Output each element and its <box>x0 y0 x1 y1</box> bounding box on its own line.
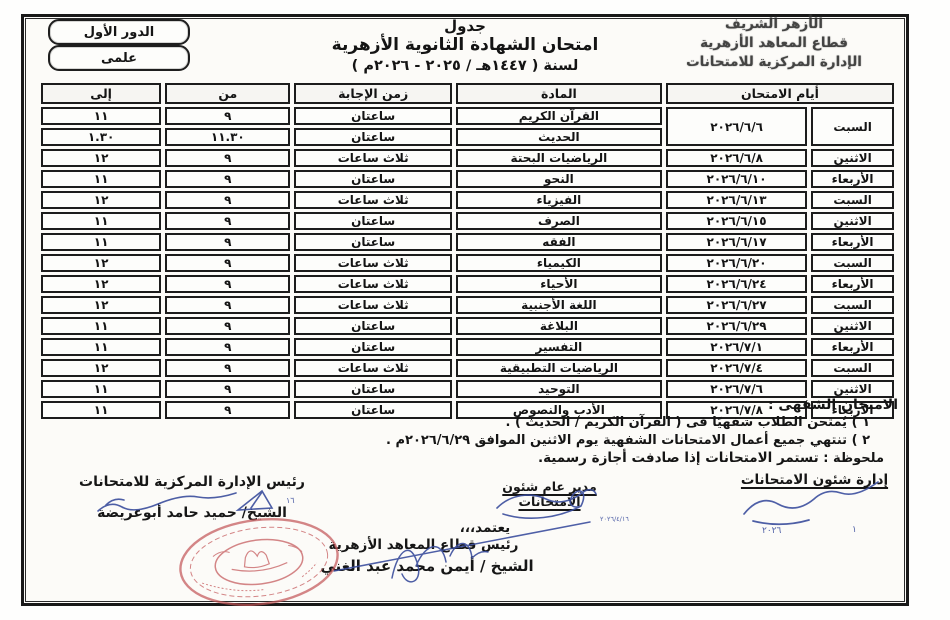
round-badge: الدور الأول <box>48 19 190 45</box>
to-time-cell: ١٢ <box>41 149 161 167</box>
to-time-cell: ١١ <box>41 107 161 125</box>
exam-date-cell: ٢٠٢٦/٦/١٥ <box>666 212 807 230</box>
subject-cell: الحديث <box>456 128 662 146</box>
duration-cell: ثلاث ساعات <box>294 149 452 167</box>
from-time-cell: ٩ <box>165 149 290 167</box>
to-time-cell: ١١ <box>41 233 161 251</box>
duration-cell: ساعتان <box>294 317 452 335</box>
to-time-cell: ١١ <box>41 170 161 188</box>
azhar-letterhead: الأزهر الشريف قطاع المعاهد الأزهرية الإد… <box>648 15 900 72</box>
subject-cell: الفيزياء <box>456 191 662 209</box>
subject-cell: الكيمياء <box>456 254 662 272</box>
exam-day-cell: السبت <box>811 296 894 314</box>
document-title: جدول امتحان الشهادة الثانوية الأزهرية لس… <box>285 17 645 76</box>
table-row: الأربعاء ٢٠٢٦/٦/٢٤ الأحياء ثلاث ساعات ٩ … <box>41 275 894 293</box>
table-row: الأربعاء ٢٠٢٦/٧/١ التفسير ساعتان ٩ ١١ <box>41 338 894 356</box>
subject-cell: الفقه <box>456 233 662 251</box>
from-time-cell: ٩ <box>165 170 290 188</box>
from-time-cell: ٩ <box>165 275 290 293</box>
from-time-cell: ٩ <box>165 191 290 209</box>
table-row: الاثنين ٢٠٢٦/٦/١٥ الصرف ساعتان ٩ ١١ <box>41 212 894 230</box>
scanned-exam-schedule-page: الأزهر الشريف قطاع المعاهد الأزهرية الإد… <box>0 0 950 620</box>
table-row: السبت ٢٠٢٦/٦/٢٠ الكيمياء ثلاث ساعات ٩ ١٢ <box>41 254 894 272</box>
exam-date-cell: ٢٠٢٦/٧/٤ <box>666 359 807 377</box>
to-time-cell: ١١ <box>41 380 161 398</box>
exam-day-cell: الأربعاء <box>811 338 894 356</box>
duration-cell: ثلاث ساعات <box>294 275 452 293</box>
table-row: الاثنين ٢٠٢٦/٧/٦ التوحيد ساعتان ٩ ١١ <box>41 380 894 398</box>
exam-day-cell: السبت <box>811 107 894 146</box>
sector-head-title: رئيس قطاع المعاهد الأزهرية <box>325 537 522 553</box>
exam-day-cell: الأربعاء <box>811 170 894 188</box>
exam-day-cell: الاثنين <box>811 149 894 167</box>
to-time-cell: ١١ <box>41 317 161 335</box>
from-time-cell: ٩ <box>165 296 290 314</box>
central-admin-head-title: رئيس الإدارة المركزية للامتحانات <box>42 474 342 490</box>
exam-date-cell: ٢٠٢٦/٦/٢٠ <box>666 254 807 272</box>
from-time-cell: ٩ <box>165 338 290 356</box>
approval-label: يعتمد،،، <box>420 520 550 536</box>
table-header-row: أيام الامتحان المادة زمن الإجابة من إلى <box>41 83 894 104</box>
exam-day-cell: الاثنين <box>811 212 894 230</box>
general-director-title: مدير عام شئون الامتحانات <box>472 479 627 509</box>
exam-date-cell: ٢٠٢٦/٦/١٠ <box>666 170 807 188</box>
exams-affairs-dept-title: إدارة شئون الامتحانات <box>722 472 907 488</box>
duration-cell: ساعتان <box>294 212 452 230</box>
from-time-cell: ٩ <box>165 380 290 398</box>
subject-cell: الرياضيات البحتة <box>456 149 662 167</box>
exam-day-cell: السبت <box>811 191 894 209</box>
table-row: الاثنين ٢٠٢٦/٦/٢٩ البلاغة ساعتان ٩ ١١ <box>41 317 894 335</box>
exam-date-cell: ٢٠٢٦/٦/٢٤ <box>666 275 807 293</box>
title-word-schedule: جدول <box>285 17 645 35</box>
exam-day-cell: السبت <box>811 359 894 377</box>
from-time-cell: ١١.٣٠ <box>165 128 290 146</box>
header-from: من <box>165 83 290 104</box>
title-year: لسنة ( ١٤٤٧هـ / ٢٠٢٥ - ٢٠٢٦م ) <box>285 56 645 76</box>
from-time-cell: ٩ <box>165 317 290 335</box>
from-time-cell: ٩ <box>165 212 290 230</box>
subject-cell: التفسير <box>456 338 662 356</box>
header-subject: المادة <box>456 83 662 104</box>
central-admin-head-name: الشيخ/ حميد حامد أبوعريضة <box>48 505 336 521</box>
from-time-cell: ٩ <box>165 233 290 251</box>
oral-exam-note-2: ٢ ) تنتهي جميع أعمال الامتحانات الشفهية … <box>45 433 898 449</box>
exam-date-cell: ٢٠٢٦/٦/٨ <box>666 149 807 167</box>
table-row: الأربعاء ٢٠٢٦/٦/١٧ الفقه ساعتان ٩ ١١ <box>41 233 894 251</box>
exam-date-cell: ٢٠٢٦/٦/٢٧ <box>666 296 807 314</box>
to-time-cell: ١٢ <box>41 254 161 272</box>
subject-cell: التوحيد <box>456 380 662 398</box>
remark-label: ملحوظة : <box>819 451 884 466</box>
subject-cell: الأحياء <box>456 275 662 293</box>
duration-cell: ثلاث ساعات <box>294 296 452 314</box>
duration-cell: ثلاث ساعات <box>294 254 452 272</box>
to-time-cell: ١١ <box>41 212 161 230</box>
letterhead-line1: الأزهر الشريف <box>648 15 900 34</box>
letterhead-line2: قطاع المعاهد الأزهرية <box>648 34 900 53</box>
exam-date-cell: ٢٠٢٦/٦/٦ <box>666 107 807 146</box>
exam-date-cell: ٢٠٢٦/٦/١٣ <box>666 191 807 209</box>
to-time-cell: ١٢ <box>41 296 161 314</box>
notes-section: الامتحان الشفهى : ١ ) يُمتحن الطلاب شفهي… <box>45 397 898 467</box>
remark-text: تستمر الامتحانات إذا صادفت أجازة رسمية. <box>538 450 819 466</box>
from-time-cell: ٩ <box>165 107 290 125</box>
oral-exam-heading: الامتحان الشفهى : <box>45 397 898 413</box>
exam-date-cell: ٢٠٢٦/٧/١ <box>666 338 807 356</box>
subject-cell: النحو <box>456 170 662 188</box>
header-exam-days: أيام الامتحان <box>666 83 894 104</box>
exam-day-cell: الأربعاء <box>811 233 894 251</box>
subject-cell: البلاغة <box>456 317 662 335</box>
table-row: الاثنين ٢٠٢٦/٦/٨ الرياضيات البحتة ثلاث س… <box>41 149 894 167</box>
table-row: السبت ٢٠٢٦/٧/٤ الرياضيات التطبيقية ثلاث … <box>41 359 894 377</box>
to-time-cell: ١٢ <box>41 191 161 209</box>
duration-cell: ساعتان <box>294 128 452 146</box>
exam-date-cell: ٢٠٢٦/٦/٢٩ <box>666 317 807 335</box>
duration-cell: ساعتان <box>294 338 452 356</box>
exam-schedule-table: أيام الامتحان المادة زمن الإجابة من إلى … <box>37 80 898 422</box>
exam-date-cell: ٢٠٢٦/٧/٦ <box>666 380 807 398</box>
duration-cell: ساعتان <box>294 233 452 251</box>
duration-cell: ساعتان <box>294 380 452 398</box>
duration-cell: ساعتان <box>294 107 452 125</box>
table-row: الأربعاء ٢٠٢٦/٦/١٠ النحو ساعتان ٩ ١١ <box>41 170 894 188</box>
subject-cell: الصرف <box>456 212 662 230</box>
subject-cell: الرياضيات التطبيقية <box>456 359 662 377</box>
letterhead-line3: الإدارة المركزية للامتحانات <box>648 53 900 72</box>
table-row: السبت ٢٠٢٦/٦/٦ القرآن الكريم ساعتان ٩ ١١ <box>41 107 894 125</box>
duration-cell: ثلاث ساعات <box>294 359 452 377</box>
to-time-cell: ١٢ <box>41 359 161 377</box>
header-duration: زمن الإجابة <box>294 83 452 104</box>
exam-day-cell: الاثنين <box>811 380 894 398</box>
subject-cell: القرآن الكريم <box>456 107 662 125</box>
exam-day-cell: السبت <box>811 254 894 272</box>
table-row: السبت ٢٠٢٦/٦/٢٧ اللغة الأجنبية ثلاث ساعا… <box>41 296 894 314</box>
remark-line: ملحوظة : تستمر الامتحانات إذا صادفت أجاز… <box>45 450 898 467</box>
exam-date-cell: ٢٠٢٦/٦/١٧ <box>666 233 807 251</box>
duration-cell: ثلاث ساعات <box>294 191 452 209</box>
from-time-cell: ٩ <box>165 359 290 377</box>
header-to: إلى <box>41 83 161 104</box>
subject-cell: اللغة الأجنبية <box>456 296 662 314</box>
track-badge: علمى <box>48 45 190 71</box>
exam-day-cell: الاثنين <box>811 317 894 335</box>
sector-head-name: الشيخ / أيمن محمد عبد الغني <box>312 557 542 575</box>
oral-exam-note-1: ١ ) يُمتحن الطلاب شفهيًا فى ( القرآن الك… <box>45 415 898 431</box>
to-time-cell: ١١ <box>41 338 161 356</box>
table-row: السبت ٢٠٢٦/٦/١٣ الفيزياء ثلاث ساعات ٩ ١٢ <box>41 191 894 209</box>
to-time-cell: ١٢ <box>41 275 161 293</box>
duration-cell: ساعتان <box>294 170 452 188</box>
title-exam-name: امتحان الشهادة الثانوية الأزهرية <box>285 35 645 56</box>
from-time-cell: ٩ <box>165 254 290 272</box>
exam-day-cell: الأربعاء <box>811 275 894 293</box>
to-time-cell: ١.٣٠ <box>41 128 161 146</box>
